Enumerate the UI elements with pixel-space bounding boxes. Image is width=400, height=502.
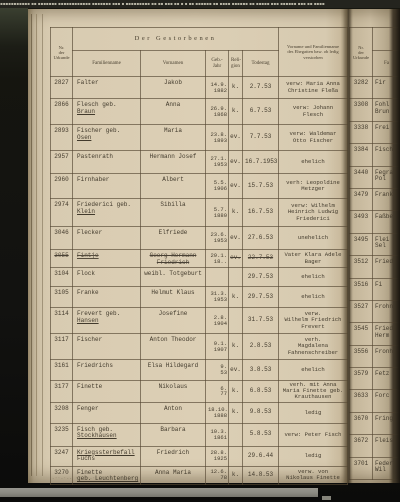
cell-todestag: 9.8.53 (243, 402, 279, 423)
cell-ehegatte: verh. mit Anna Maria Finette geb. Krauth… (279, 381, 348, 403)
cell-record-number: 3055 (51, 250, 73, 268)
cell-record-number: 3177 (51, 381, 73, 403)
cell-familienname: Falter (73, 77, 141, 99)
cell-familienname: Franke (73, 287, 141, 308)
cell-todestag: 7.7.53 (243, 125, 279, 151)
header-ehegatte: Vorname und Familienname des Ehegatten b… (279, 28, 348, 77)
cell-ehegatte: ehelich (279, 268, 348, 287)
cell-vornamen: weibl. Totgeburt (141, 268, 206, 287)
cell-todestag: 16.7.53 (243, 199, 279, 227)
cell-geburtsdatum: 5.5. 1906 (206, 174, 229, 199)
cell-record-number: 3672 (350, 435, 373, 457)
cell-record-number: 3105 (51, 287, 73, 308)
cell-record-number: 3556 (350, 345, 373, 367)
cell-ehegatte: ehelich (279, 151, 348, 174)
film-caption-text: ▪▪▪▪▪▪▪▪▪▪▪ ▪▪ ▪▪▪▪▪▪▪ ▪▪▪▪▪▪▪▪▪▪▪▪ ▪▪▪▪… (0, 1, 325, 6)
header-der-gestorbenen: Der Gestorbenen (73, 28, 279, 51)
cell-geburtsdatum: 12.6. 78 (206, 466, 229, 484)
register-row: 3235Fisch geb.StockhausenBarbara10.3. 18… (51, 423, 348, 446)
register-row: 3117FischerAnton Theodor9.1. 1907k.2.8.5… (51, 334, 348, 360)
cell-religion: ev. (229, 151, 243, 174)
cell-vornamen: Hermann Josef (141, 151, 206, 174)
cell-ehegatte: ledig (279, 402, 348, 423)
cell-record-number: 3046 (51, 227, 73, 250)
cell-record-number: 3479 (350, 188, 373, 210)
cell-ehegatte: unehelich (279, 227, 348, 250)
cell-record-number: 3579 (350, 368, 373, 390)
cell-familienname: Fenger (73, 402, 141, 423)
cell-ehegatte: ledig (279, 446, 348, 466)
cell-vornamen: Anna (141, 99, 206, 125)
cell-record-number: 3208 (51, 402, 73, 423)
cell-familienname: Flock (73, 268, 141, 287)
cell-record-number: 3338 (350, 121, 373, 143)
familienname-line: Firnhaber (77, 177, 138, 184)
cell-todestag: 14.8.53 (243, 466, 279, 484)
cell-todestag: 31.7.53 (243, 308, 279, 334)
cell-todestag: 2.8.53 (243, 334, 279, 360)
familienname-line: Fuchs (77, 456, 138, 463)
death-register-table: Nr. der Urkunde Der Gestorbenen Vorname … (50, 27, 348, 485)
cell-familienname: Firnhaber (73, 174, 141, 199)
familienname-line: Falter (77, 80, 138, 87)
cell-todestag: 29.6.44 (243, 446, 279, 466)
cell-record-number: 2960 (51, 174, 73, 199)
register-row: 2960FirnhaberAlbert5.5. 1906ev.15.7.53ve… (51, 174, 348, 199)
cell-record-number: 3161 (51, 360, 73, 381)
cell-todestag: 3.8.53 (243, 360, 279, 381)
cell-todestag: 29.7.53 (243, 268, 279, 287)
cell-familienname: Fischer (73, 334, 141, 360)
cell-religion: ev. (229, 360, 243, 381)
cell-religion: ev. (229, 125, 243, 151)
cell-religion: k. (229, 199, 243, 227)
cell-record-number: 3516 (350, 278, 373, 300)
cell-geburtsdatum: 9. 53 (206, 360, 229, 381)
cell-ehegatte: verw: Johann Flesch (279, 99, 348, 125)
cell-record-number: 3384 (350, 144, 373, 166)
cell-todestag: 15.7.53 (243, 174, 279, 199)
cell-geburtsdatum: 23.8. 1893 (206, 125, 229, 151)
cell-ehegatte: verw. Wilhelm Friedrich Frevert (279, 308, 348, 334)
cell-religion: k. (229, 334, 243, 360)
cell-ehegatte: verw: Wilhelm Heinrich Ludwig Friederici (279, 199, 348, 227)
cell-record-number: 3701 (350, 457, 373, 479)
register-row: 2974Friederici geb.KleinSibilla5.7. 1880… (51, 199, 348, 227)
familienname-line: Flock (77, 271, 138, 278)
cell-todestag: 2.7.53 (243, 77, 279, 99)
cell-geburtsdatum: 28.8. 1925 (206, 446, 229, 466)
cell-vornamen: Anton (141, 402, 206, 423)
cell-record-number: 3493 (350, 211, 373, 233)
familienname-line: Braun (77, 109, 138, 116)
cell-todestag: 29.7.53 (243, 287, 279, 308)
header-todestag: Todestag (243, 51, 279, 77)
cell-record-number: 3308 (350, 99, 373, 121)
cell-vornamen: Anton Theodor (141, 334, 206, 360)
cell-todestag: 22.7.53 (243, 250, 279, 268)
next-header-nr-urkunde: Nr. der Urkunde (350, 28, 373, 77)
cell-familienname: Fisch geb.Stockhausen (73, 423, 141, 446)
cell-geburtsdatum: 9.1. 1907 (206, 334, 229, 360)
cell-vornamen: Elfriede (141, 227, 206, 250)
page-edge-line (31, 14, 32, 476)
cell-ehegatte: Vater Klara Adele Bager (279, 250, 348, 268)
register-row: 3270Finettegeb. LeuchtenbergAnna Maria12… (51, 466, 348, 484)
cell-record-number: 3670 (350, 412, 373, 434)
register-row: 2957PastenrathHermann Josef27.1. 1953ev.… (51, 151, 348, 174)
familienname-line: Finette (77, 384, 138, 391)
cell-religion: ev. (229, 174, 243, 199)
cell-familienname: Finettegeb. Leuchtenberg (73, 466, 141, 484)
cell-familienname: KriegssterbefallFuchs (73, 446, 141, 466)
cell-familienname: Finette (73, 381, 141, 403)
cell-ehegatte: verw: Waldemar Otto Fischer (279, 125, 348, 151)
desk-band (0, 488, 318, 497)
film-caption-bar: ▪▪▪▪▪▪▪▪▪▪▪ ▪▪ ▪▪▪▪▪▪▪ ▪▪▪▪▪▪▪▪▪▪▪▪ ▪▪▪▪… (0, 0, 400, 8)
cell-record-number: 3512 (350, 256, 373, 278)
cell-religion (229, 308, 243, 334)
familienname-line: Pastenrath (77, 154, 138, 161)
cell-geburtsdatum: 14.9. 1882 (206, 77, 229, 99)
table-header: Nr. der Urkunde Der Gestorbenen Vorname … (51, 28, 348, 77)
register-row: 2866Flesch geb.BraunAnna26.9. 1868k.6.7.… (51, 99, 348, 125)
cell-todestag: 5.8.53 (243, 423, 279, 446)
cell-religion: k. (229, 287, 243, 308)
header-vornamen: Vornamen (141, 51, 206, 77)
cell-record-number: 3235 (51, 423, 73, 446)
cell-religion: k. (229, 99, 243, 125)
cell-religion: k. (229, 381, 243, 403)
page-edge-line (42, 14, 43, 476)
cell-ehegatte: verh: Leopoldine Metzger (279, 174, 348, 199)
cell-record-number: 3270 (51, 466, 73, 484)
cell-geburtsdatum: 31.3. 1953 (206, 287, 229, 308)
familienname-line: Fintje (77, 253, 138, 260)
cell-familienname: Friederici geb.Klein (73, 199, 141, 227)
register-row: 3247KriegssterbefallFuchsFriedrich28.8. … (51, 446, 348, 466)
cell-record-number: 3117 (51, 334, 73, 360)
cell-familienname: Pastenrath (73, 151, 141, 174)
cell-geburtsdatum: 2.8. 1904 (206, 308, 229, 334)
cell-geburtsdatum: 26.9. 1868 (206, 99, 229, 125)
header-religion: Reli- gion (229, 51, 243, 77)
cell-geburtsdatum: 29.1. 18.. (206, 250, 229, 268)
cell-record-number: 3527 (350, 300, 373, 322)
register-row: 3055FintjeGeorg Hermann Friedrich29.1. 1… (51, 250, 348, 268)
cell-vornamen: Georg Hermann Friedrich (141, 250, 206, 268)
cell-geburtsdatum: 6. 77 (206, 381, 229, 403)
cell-record-number: 2974 (51, 199, 73, 227)
cell-ehegatte: ehelich (279, 360, 348, 381)
cell-religion: k. (229, 77, 243, 99)
cell-record-number: 2957 (51, 151, 73, 174)
cell-ehegatte: verw: Peter Fisch (279, 423, 348, 446)
cell-familienname: Flesch geb.Braun (73, 99, 141, 125)
register-row: 3161FriedrichsElsa Hildegard9. 53ev.3.8.… (51, 360, 348, 381)
cell-geburtsdatum: 27.1. 1953 (206, 151, 229, 174)
register-row: 3105FrankeHelmut Klaus31.3. 1953k.29.7.5… (51, 287, 348, 308)
familienname-line: Fischer (77, 337, 138, 344)
familienname-line: Hansen (77, 318, 138, 325)
register-row: 2827FalterJakob14.9. 1882k.2.7.53verw: M… (51, 77, 348, 99)
book-gutter-shadow (343, 9, 352, 483)
cell-record-number: 3282 (350, 77, 373, 99)
cell-geburtsdatum: 5.7. 1880 (206, 199, 229, 227)
cell-religion: ev. (229, 227, 243, 250)
cell-todestag: 27.6.53 (243, 227, 279, 250)
familienname-line: Franke (77, 290, 138, 297)
familienname-line: Flecker (77, 230, 138, 237)
corner-shade (0, 8, 28, 78)
cell-ehegatte: verh. Magdalena Fahnenschreiber (279, 334, 348, 360)
familienname-line: Klein (77, 209, 138, 216)
page-edge-line (36, 14, 37, 476)
cell-familienname: Fischer geb.Osen (73, 125, 141, 151)
cell-vornamen: Anna Maria (141, 466, 206, 484)
cell-religion (229, 423, 243, 446)
familienname-line: Osen (77, 135, 138, 142)
cell-record-number: 3247 (51, 446, 73, 466)
cell-religion: ev. (229, 250, 243, 268)
register-row: 3104Flockweibl. Totgeburt29.7.53ehelich (51, 268, 348, 287)
cell-ehegatte: ehelich (279, 287, 348, 308)
register-row: 3046FleckerElfriede23.6. 1953ev.27.6.53u… (51, 227, 348, 250)
cell-religion: k. (229, 466, 243, 484)
cell-record-number: 3495 (350, 233, 373, 255)
cell-record-number: 2866 (51, 99, 73, 125)
familienname-line: Fenger (77, 406, 138, 413)
cell-religion (229, 268, 243, 287)
cell-ehegatte: verw: Maria Anna Christine Fleßa (279, 77, 348, 99)
cell-record-number: 2893 (51, 125, 73, 151)
familienname-line: Friedrichs (77, 363, 138, 370)
cell-vornamen: Nikolaus (141, 381, 206, 403)
header-nr-urkunde: Nr. der Urkunde (51, 28, 73, 77)
cell-record-number: 3440 (350, 166, 373, 188)
cell-record-number: 3114 (51, 308, 73, 334)
cell-vornamen: Sibilla (141, 199, 206, 227)
cell-record-number: 3545 (350, 323, 373, 345)
cell-geburtsdatum: 18.10. 1888 (206, 402, 229, 423)
microfilm-scan-view: ▪▪▪▪▪▪▪▪▪▪▪ ▪▪ ▪▪▪▪▪▪▪ ▪▪▪▪▪▪▪▪▪▪▪▪ ▪▪▪▪… (0, 0, 400, 502)
cell-vornamen: Barbara (141, 423, 206, 446)
film-right-edge-shadow (391, 9, 400, 483)
cell-todestag: 6.7.53 (243, 99, 279, 125)
familienname-line: Stockhausen (77, 433, 138, 440)
header-familienname: Familienname (73, 51, 141, 77)
paper-footer-print: -··-·-- ·- ··-· ···-- ·· -···- (52, 477, 139, 481)
cell-familienname: Friedrichs (73, 360, 141, 381)
cell-vornamen: Friedrich (141, 446, 206, 466)
register-row: 3177FinetteNikolaus6. 77k.6.8.53verh. mi… (51, 381, 348, 403)
register-row: 2893Fischer geb.OsenMaria23.8. 1893ev.7.… (51, 125, 348, 151)
cell-geburtsdatum: 10.3. 1861 (206, 423, 229, 446)
desk-speck (322, 496, 331, 500)
cell-geburtsdatum (206, 268, 229, 287)
cell-record-number: 2827 (51, 77, 73, 99)
register-row: 3208FengerAnton18.10. 1888k.9.8.53ledig (51, 402, 348, 423)
cell-familienname: Flecker (73, 227, 141, 250)
left-table-body: 2827FalterJakob14.9. 1882k.2.7.53verw: M… (51, 77, 348, 485)
cell-religion: k. (229, 402, 243, 423)
cell-vornamen: Josefine (141, 308, 206, 334)
register-row: 3114Frevert geb.HansenJosefine2.8. 19043… (51, 308, 348, 334)
cell-familienname: Frevert geb.Hansen (73, 308, 141, 334)
cell-record-number: 3633 (350, 390, 373, 412)
cell-geburtsdatum: 23.6. 1953 (206, 227, 229, 250)
header-geburtsjahr: Geb.- Jahr (206, 51, 229, 77)
cell-record-number: 3104 (51, 268, 73, 287)
cell-ehegatte: verw. von Nikolaus Finette (279, 466, 348, 484)
cell-todestag: 6.8.53 (243, 381, 279, 403)
cell-vornamen: Maria (141, 125, 206, 151)
cell-vornamen: Albert (141, 174, 206, 199)
cell-religion (229, 446, 243, 466)
war-death-annotation: Kriegssterbefall (77, 450, 138, 457)
cell-familienname: Fintje (73, 250, 141, 268)
cell-vornamen: Jakob (141, 77, 206, 99)
cell-todestag: 16.7.1953 (243, 151, 279, 174)
cell-vornamen: Helmut Klaus (141, 287, 206, 308)
cell-vornamen: Elsa Hildegard (141, 360, 206, 381)
